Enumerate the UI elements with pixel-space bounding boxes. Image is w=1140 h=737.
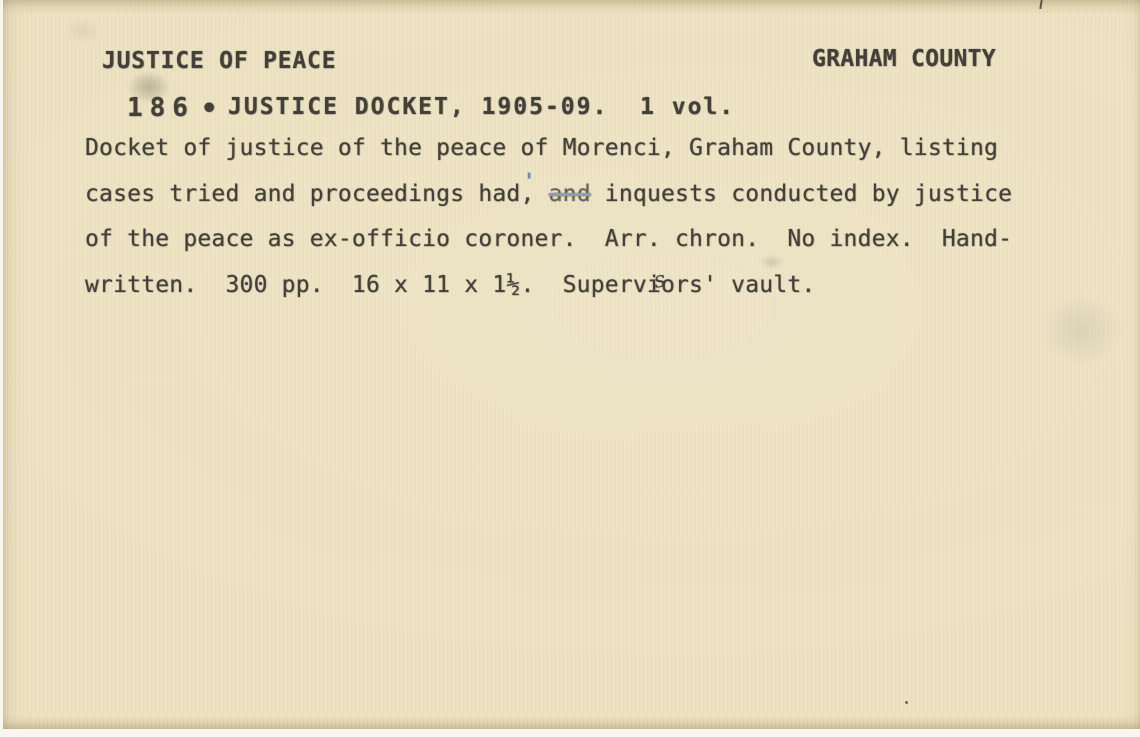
description-line-4: written. 300 pp. 16 x 11 x 1½. Superviso… — [85, 272, 1012, 318]
semicolon-correction: ,' — [520, 181, 534, 207]
entry-number: 186 — [127, 93, 195, 123]
entry-description: Docket of justice of the peace of Morenc… — [85, 135, 1012, 317]
entry-title: JUSTICE DOCKET, 1905-09. 1 vol. — [228, 94, 735, 120]
paper-smudge — [1023, 280, 1138, 380]
blue-pencil-tick: ' — [522, 170, 535, 195]
description-line-3: of the peace as ex-officio coroner. Arr.… — [85, 226, 1012, 272]
line4-text-pre: written. 300 pp. 16 x 11 x 1½. Supervi — [85, 272, 661, 298]
county-heading: GRAHAM COUNTY — [812, 46, 996, 72]
series-heading: JUSTICE OF PEACE — [102, 48, 336, 74]
struck-out-word: and — [549, 181, 591, 207]
paper-speck — [905, 701, 908, 704]
description-line-1: Docket of justice of the peace of Morenc… — [85, 135, 1012, 181]
line2-gap — [535, 181, 549, 207]
description-line-2: cases tried and proceedings had,' and in… — [85, 181, 1012, 227]
line2-text-pre: cases tried and proceedings had — [85, 181, 520, 207]
scanned-archive-card: JUSTICE OF PEACE GRAHAM COUNTY 186 • JUS… — [0, 0, 1140, 737]
entry-bullet: • — [201, 93, 217, 124]
paper-smudge — [58, 14, 108, 48]
index-card-paper: JUSTICE OF PEACE GRAHAM COUNTY 186 • JUS… — [3, 0, 1140, 729]
scan-edge-mark — [1039, 0, 1042, 9]
line2-text-post: inquests conducted by justice — [591, 181, 1012, 207]
line4-text-post: ors' vault. — [661, 272, 816, 298]
